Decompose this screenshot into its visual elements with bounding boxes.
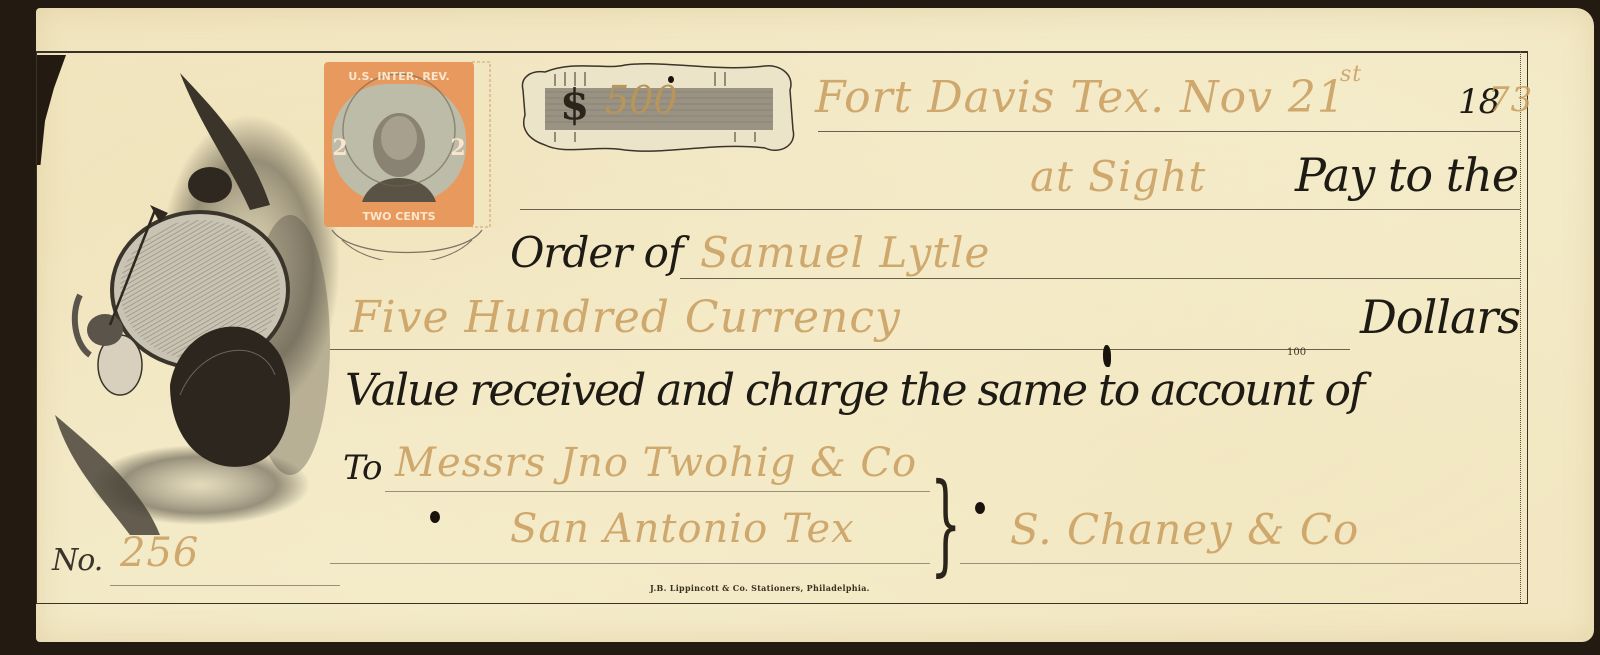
eagle-cherub-engraving-icon <box>50 65 340 535</box>
terms-line <box>520 209 1520 210</box>
svg-text:2: 2 <box>450 135 465 161</box>
to-label: To <box>343 448 382 488</box>
drawee-line1-rule <box>385 491 930 492</box>
serial-line <box>110 585 340 586</box>
terms: at Sight <box>1030 152 1206 201</box>
amount-figure: 500 <box>605 78 678 122</box>
pay-to-the-label: Pay to the <box>1295 148 1518 202</box>
amount-words-line <box>330 349 1350 350</box>
svg-text:TWO CENTS: TWO CENTS <box>362 210 435 223</box>
signature: S. Chaney & Co <box>1010 505 1359 554</box>
serial-label: No. <box>52 543 102 578</box>
signature-line <box>960 563 1520 564</box>
date-line <box>818 131 1520 132</box>
payee-line <box>680 278 1520 279</box>
punch-hole <box>430 511 440 523</box>
value-received-text: Value received and charge the same to ac… <box>345 365 1363 416</box>
payee-name: Samuel Lytle <box>700 228 990 277</box>
currency-symbol: $ <box>560 80 589 129</box>
dollars-label: Dollars <box>1360 290 1520 344</box>
ink-blot <box>1103 345 1111 367</box>
check-border-inner <box>1520 51 1521 603</box>
place-date: Fort Davis Tex. Nov 21 <box>815 72 1346 123</box>
order-of-label: Order of <box>510 228 683 277</box>
amount-words: Five Hundred Currency <box>350 292 901 343</box>
year-written: 73 <box>1488 80 1533 120</box>
cents-mark: 100 <box>1287 347 1306 358</box>
revenue-stamp: U.S. INTER. REV. TWO CENTS 2 2 <box>322 60 494 260</box>
punch-hole <box>668 76 674 83</box>
drawee-line2: San Antonio Tex <box>510 506 855 552</box>
serial-number: 256 <box>120 530 199 576</box>
svg-text:U.S. INTER. REV.: U.S. INTER. REV. <box>348 70 449 83</box>
drawee-line1: Messrs Jno Twohig & Co <box>395 440 917 486</box>
punch-hole <box>975 502 985 514</box>
svg-text:2: 2 <box>332 135 347 161</box>
bracket: } <box>930 468 962 578</box>
printer-imprint: J.B. Lippincott & Co. Stationers, Philad… <box>650 583 870 593</box>
drawee-line2-rule <box>330 563 930 564</box>
date-suffix: st <box>1340 62 1362 87</box>
revenue-stamp-icon: U.S. INTER. REV. TWO CENTS 2 2 <box>322 60 494 260</box>
